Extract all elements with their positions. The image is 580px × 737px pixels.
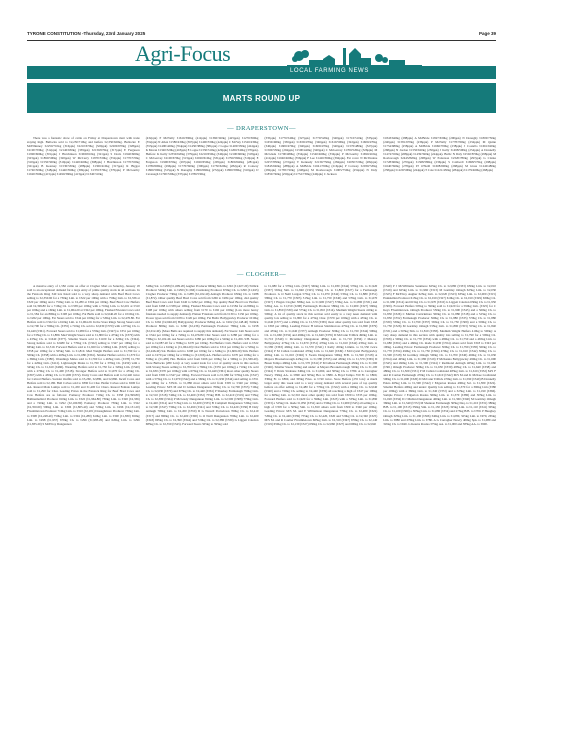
article-text: (£340) P J McWilliams Seskinore 625kg Ch… xyxy=(383,284,496,426)
article-text: There was a fantastic show of cattle on … xyxy=(27,136,140,176)
article-column: (335ppk) £1770/540kg (327ppk) £1770/520k… xyxy=(265,136,378,176)
article-text: A massive entry of 1,582 cattle on offer… xyxy=(27,284,140,426)
article-column: 540kg Sal. to £298 (£1,609.20) Augher Pr… xyxy=(146,284,259,426)
article-text: £1843/640kg (288ppk) A McBride £1827/630… xyxy=(383,136,496,172)
article-column: There was a fantastic show of cattle on … xyxy=(27,136,140,176)
masthead-tagline: LOCAL FARMING NEWS xyxy=(290,68,369,74)
article-text: (335ppk) £1770/540kg (327ppk) £1770/520k… xyxy=(265,136,378,176)
masthead-bar xyxy=(27,66,496,79)
draperstown-columns: There was a fantastic show of cattle on … xyxy=(27,136,496,176)
farm-skyline-icon xyxy=(287,44,422,66)
marts-round-up-banner: MARTS ROUND UP xyxy=(27,83,496,113)
article-column: £1843/640kg (288ppk) A McBride £1827/630… xyxy=(383,136,496,176)
article-text: to £1,980 for a 570kg Lim. (£347) 560kg … xyxy=(265,284,378,426)
article-column: to £1,980 for a 570kg Lim. (£347) 560kg … xyxy=(265,284,378,426)
article-text: (432ppk) P McNally £1610/390kg (412ppk) … xyxy=(146,136,259,176)
article-text: 540kg Sal. to £298 (£1,609.20) Augher Pr… xyxy=(146,284,259,426)
page-title: MARTS ROUND UP xyxy=(223,94,301,103)
article-column: (432ppk) P McNally £1610/390kg (412ppk) … xyxy=(146,136,259,176)
agri-focus-masthead: Agri-Focus LOCAL FARMING NEWS xyxy=(27,42,496,79)
section-heading-draperstown: — DRAPERSTOWN— xyxy=(27,125,496,132)
publication-date: TYRONE CONSTITUTION -Thursday, 23rd Janu… xyxy=(27,31,145,36)
article-column: (£340) P J McWilliams Seskinore 625kg Ch… xyxy=(383,284,496,426)
section-heading-clogher: — CLOGHER— xyxy=(27,271,496,278)
clogher-columns: A massive entry of 1,582 cattle on offer… xyxy=(27,284,496,426)
running-head: TYRONE CONSTITUTION -Thursday, 23rd Janu… xyxy=(27,30,496,41)
agri-focus-logo: Agri-Focus xyxy=(135,42,230,66)
article-column: A massive entry of 1,582 cattle on offer… xyxy=(27,284,140,426)
page-number: Page 39 xyxy=(479,31,496,36)
